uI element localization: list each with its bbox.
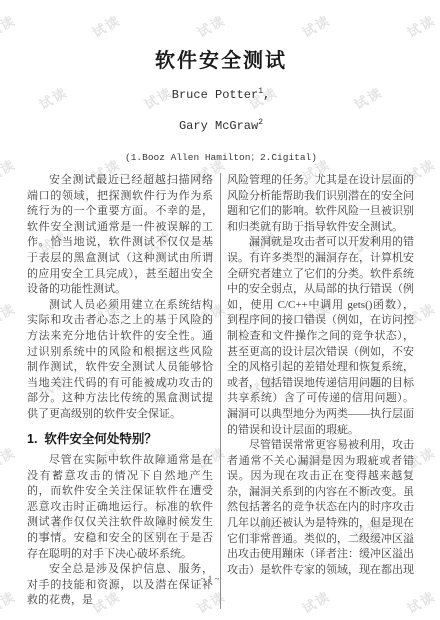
paragraph: 风险管理的任务。尤其是在设计层面的风险分析能帮助我们识别潜在的安全问题和它们的影… xyxy=(227,173,414,235)
right-column: 风险管理的任务。尤其是在设计层面的风险分析能帮助我们识别潜在的安全问题和它们的影… xyxy=(227,173,414,609)
paragraph: 漏洞就是攻击者可以开发利用的错误。有许多类型的漏洞存在，计算机安全研究者建立了它… xyxy=(227,235,414,438)
paragraph: 尽管错误常常更容易被利用，攻击者通常不关心漏洞是因为瑕疵或者错误。因为现在攻击正… xyxy=(227,438,414,578)
author-name: Gary McGraw xyxy=(179,119,258,133)
paragraph: 安全测试最近已经超越扫描网络端口的领域，把探测软件行为作为系统行为的一个重要方面… xyxy=(27,173,213,298)
page-content: 软件安全测试 Bruce Potter1, Gary McGraw2 (1.Bo… xyxy=(0,0,440,609)
paragraph: 尽管在实际中软件故障通常是在没有蓄意攻击的情况下自然地产生的，而软件安全关注保证… xyxy=(27,453,213,562)
two-column-body: 安全测试最近已经超越扫描网络端口的领域，把探测软件行为作为系统行为的一个重要方面… xyxy=(27,173,415,609)
author-name: Bruce Potter xyxy=(172,88,258,102)
affiliation: (1.Booz Allen Hamilton；2.Cigital) xyxy=(27,149,415,163)
author-suffix: , xyxy=(263,88,270,102)
author-superscript: 2 xyxy=(258,118,263,127)
author-line-1: Bruce Potter1, xyxy=(27,87,415,102)
paragraph: 测试人员必须用建立在系统结构实际和攻击者心态之上的基于风险的方法来充分地估计软件… xyxy=(27,298,213,423)
left-column: 安全测试最近已经超越扫描网络端口的领域，把探测软件行为作为系统行为的一个重要方面… xyxy=(27,173,213,609)
section-heading: 1. 软件安全何处特别？ xyxy=(27,432,213,448)
paragraph: 安全总是涉及保护信息、服务，对手的技能和资源，以及潜在保证补救的花费，是 xyxy=(27,562,213,609)
page-number: ~ 1 ~ xyxy=(0,574,420,584)
column-divider xyxy=(220,173,221,609)
paper-title: 软件安全测试 xyxy=(27,44,415,73)
author-line-2: Gary McGraw2 xyxy=(27,118,415,133)
document-page: 试读试读试读试读试读试读试读试读试读试读试读试读试读试读试读试读试读试读试读试读… xyxy=(0,0,440,620)
